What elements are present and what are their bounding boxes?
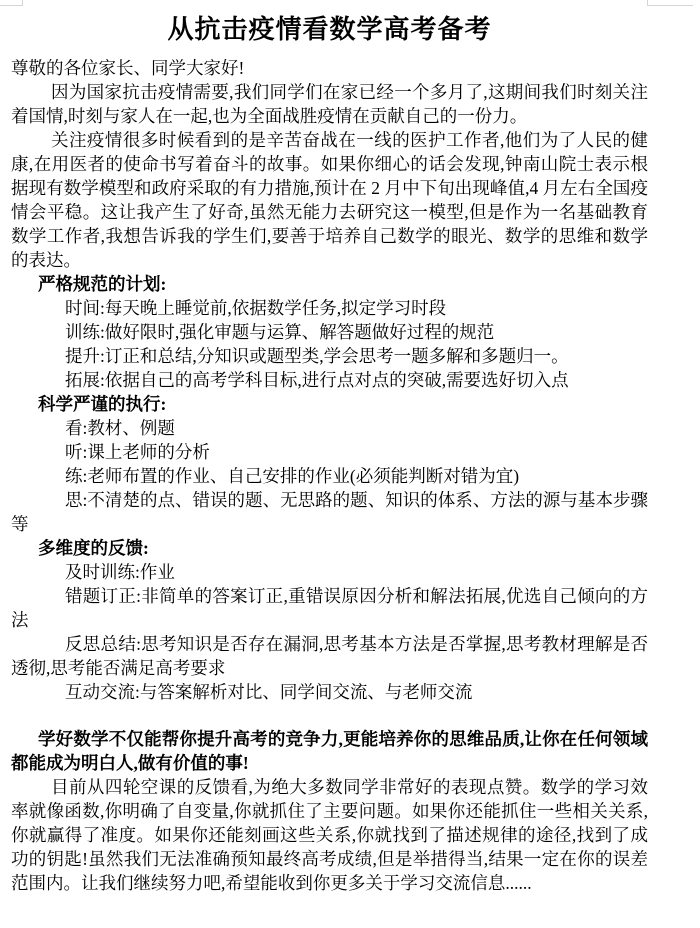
greeting-line: 尊敬的各位家长、同学大家好! (11, 56, 648, 80)
plan-item-improve: 提升:订正和总结,分知识或题型类,学会思考一题多解和多题归一。 (11, 344, 648, 368)
plan-item-expand: 拓展:依据自己的高考学科目标,进行点对点的突破,需要选好切入点 (11, 368, 648, 392)
feedback-item-reflection: 反思总结:思考知识是否存在漏洞,思考基本方法是否掌握,思考教材理解是否透彻,思考… (11, 632, 648, 680)
observation-paragraph: 关注疫情很多时候看到的是辛苦奋战在一线的医护工作者,他们为了人民的健康,在用医者… (11, 128, 648, 272)
page-margin-corner-mark-left (0, 0, 23, 6)
intro-paragraph: 因为国家抗击疫情需要,我们同学们在家已经一个多月了,这期间我们时刻关注着国情,时… (11, 80, 648, 128)
page-margin-corner-mark-right (647, 0, 693, 6)
execution-item-listen: 听:课上老师的分析 (11, 440, 648, 464)
plan-item-time: 时间:每天晚上睡觉前,依据数学任务,拟定学习时段 (11, 296, 648, 320)
emphasis-paragraph: 学好数学不仅能帮你提升高考的竞争力,更能培养你的思维品质,让你在任何领域都能成为… (11, 727, 648, 775)
execution-item-think: 思:不清楚的点、错误的题、无思路的题、知识的体系、方法的源与基本步骤等 (11, 488, 648, 536)
section-heading-plan: 严格规范的计划: (11, 272, 648, 296)
document-page: 从抗击疫情看数学高考备考 尊敬的各位家长、同学大家好! 因为国家抗击疫情需要,我… (0, 0, 700, 928)
feedback-item-timely-training: 及时训练:作业 (11, 560, 648, 584)
document-title: 从抗击疫情看数学高考备考 (11, 13, 648, 47)
section-heading-execution: 科学严谨的执行: (11, 392, 648, 416)
feedback-item-error-correction: 错题订正:非简单的答案订正,重错误原因分析和解法拓展,优选自己倾向的方法 (11, 584, 648, 632)
execution-item-practice: 练:老师布置的作业、自己安排的作业(必须能判断对错为宜) (11, 464, 648, 488)
feedback-item-interaction: 互动交流:与答案解析对比、同学间交流、与老师交流 (11, 680, 648, 704)
plan-item-training: 训练:做好限时,强化审题与运算、解答题做好过程的规范 (11, 320, 648, 344)
closing-paragraph: 目前从四轮空课的反馈看,为绝大多数同学非常好的表现点赞。数学的学习效率就像函数,… (11, 775, 648, 895)
execution-item-read: 看:教材、例题 (11, 416, 648, 440)
section-heading-feedback: 多维度的反馈: (11, 536, 648, 560)
